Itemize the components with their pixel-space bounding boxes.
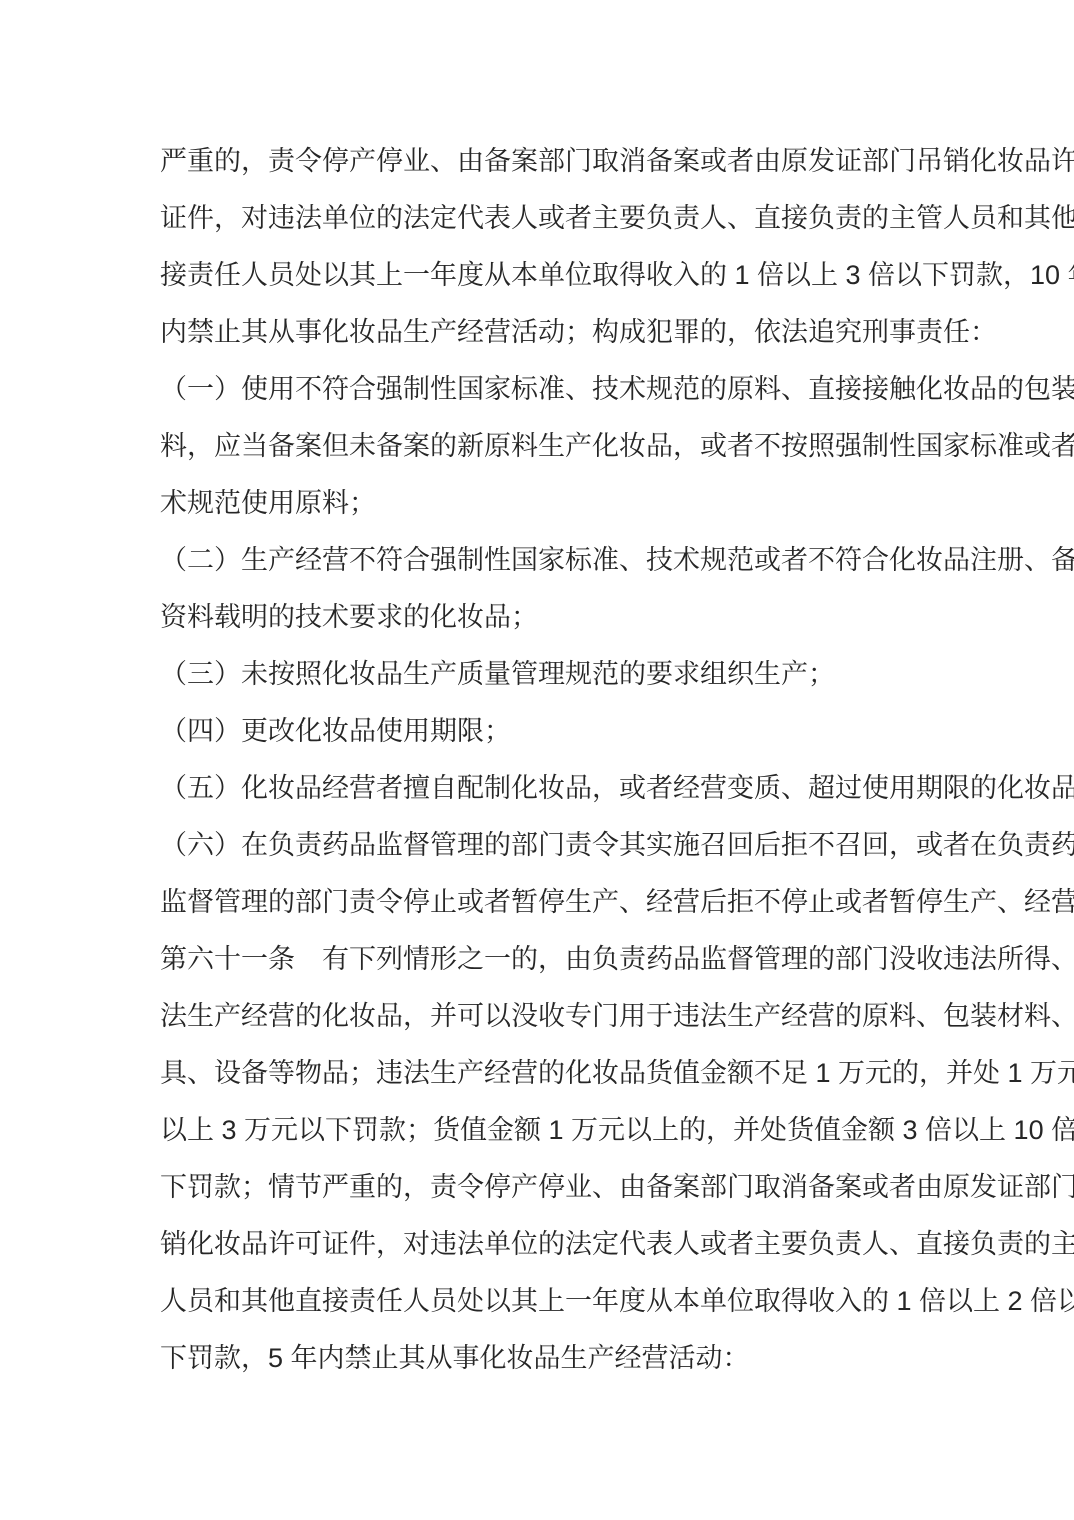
- text-line: （二）生产经营不符合强制性国家标准、技术规范或者不符合化妆品注册、备案: [160, 532, 915, 589]
- text-line: （六）在负责药品监督管理的部门责令其实施召回后拒不召回，或者在负责药品: [160, 817, 915, 874]
- text-line: 人员和其他直接责任人员处以其上一年度从本单位取得收入的 1 倍以上 2 倍以: [160, 1273, 915, 1330]
- text-line: 销化妆品许可证件，对违法单位的法定代表人或者主要负责人、直接负责的主管: [160, 1216, 915, 1273]
- text-line: 第六十一条 有下列情形之一的，由负责药品监督管理的部门没收违法所得、违: [160, 931, 915, 988]
- paragraph: （三）未按照化妆品生产质量管理规范的要求组织生产；: [160, 646, 915, 703]
- text-line: 严重的，责令停产停业、由备案部门取消备案或者由原发证部门吊销化妆品许可: [160, 133, 915, 190]
- text-line: （三）未按照化妆品生产质量管理规范的要求组织生产；: [160, 646, 915, 703]
- document-body: 严重的，责令停产停业、由备案部门取消备案或者由原发证部门吊销化妆品许可证件，对违…: [160, 133, 915, 1387]
- text-line: 法生产经营的化妆品，并可以没收专门用于违法生产经营的原料、包装材料、工: [160, 988, 915, 1045]
- paragraph: （五）化妆品经营者擅自配制化妆品，或者经营变质、超过使用期限的化妆品；: [160, 760, 915, 817]
- text-line: 下罚款，5 年内禁止其从事化妆品生产经营活动：: [160, 1330, 915, 1387]
- text-line: 具、设备等物品；违法生产经营的化妆品货值金额不足 1 万元的，并处 1 万元: [160, 1045, 915, 1102]
- paragraph: （六）在负责药品监督管理的部门责令其实施召回后拒不召回，或者在负责药品监督管理的…: [160, 817, 915, 931]
- paragraph: 第六十一条 有下列情形之一的，由负责药品监督管理的部门没收违法所得、违法生产经营…: [160, 931, 915, 1387]
- text-line: （一）使用不符合强制性国家标准、技术规范的原料、直接接触化妆品的包装材: [160, 361, 915, 418]
- text-line: 资料载明的技术要求的化妆品；: [160, 589, 915, 646]
- paragraph: （二）生产经营不符合强制性国家标准、技术规范或者不符合化妆品注册、备案资料载明的…: [160, 532, 915, 646]
- text-line: （四）更改化妆品使用期限；: [160, 703, 915, 760]
- text-line: 术规范使用原料；: [160, 475, 915, 532]
- text-line: 料，应当备案但未备案的新原料生产化妆品，或者不按照强制性国家标准或者技: [160, 418, 915, 475]
- text-line: （五）化妆品经营者擅自配制化妆品，或者经营变质、超过使用期限的化妆品；: [160, 760, 915, 817]
- paragraph: （一）使用不符合强制性国家标准、技术规范的原料、直接接触化妆品的包装材料，应当备…: [160, 361, 915, 532]
- text-line: 以上 3 万元以下罚款；货值金额 1 万元以上的，并处货值金额 3 倍以上 10…: [160, 1102, 915, 1159]
- paragraph: （四）更改化妆品使用期限；: [160, 703, 915, 760]
- text-line: 证件，对违法单位的法定代表人或者主要负责人、直接负责的主管人员和其他直: [160, 190, 915, 247]
- text-line: 下罚款；情节严重的，责令停产停业、由备案部门取消备案或者由原发证部门吊: [160, 1159, 915, 1216]
- text-line: 内禁止其从事化妆品生产经营活动；构成犯罪的，依法追究刑事责任：: [160, 304, 915, 361]
- paragraph: 严重的，责令停产停业、由备案部门取消备案或者由原发证部门吊销化妆品许可证件，对违…: [160, 133, 915, 361]
- document-page: 严重的，责令停产停业、由备案部门取消备案或者由原发证部门吊销化妆品许可证件，对违…: [0, 0, 1074, 1520]
- text-line: 接责任人员处以其上一年度从本单位取得收入的 1 倍以上 3 倍以下罚款，10 年: [160, 247, 915, 304]
- text-line: 监督管理的部门责令停止或者暂停生产、经营后拒不停止或者暂停生产、经营。: [160, 874, 915, 931]
